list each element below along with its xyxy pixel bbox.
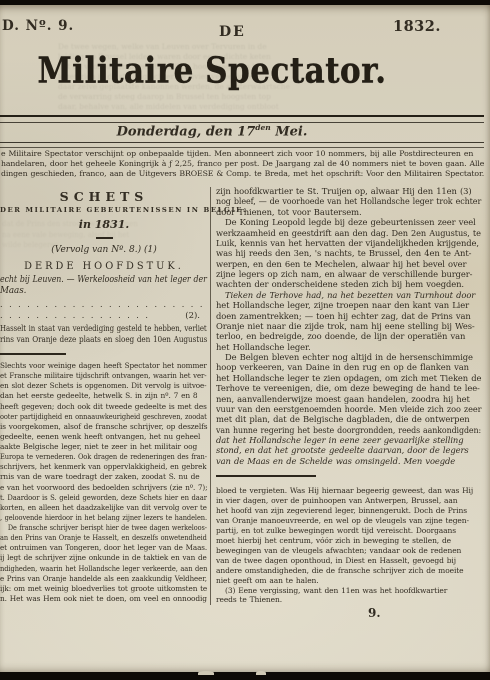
text-line: echt bij Leuven. — Werkeloosheid van het… [0,275,185,286]
text-line: rins van Oranje deze plaats en sloeg den… [0,334,182,345]
text-line: in vier dagen, over de puinhoopen van An… [216,496,481,506]
text-line: door Thienen, tot voor Bautersem. [216,207,481,217]
text-line: van de Maas en de Schelde was omsingeld.… [216,456,481,466]
text-line: hoop verkeeren, van Daine in den rug en … [216,362,481,372]
text-line: dan het eerste gedeelte, hetwelk S. in z… [0,391,207,401]
scan-edge-bottom [0,672,490,680]
text-line: van Oranje manoeuvreerde, en wel op de v… [216,516,481,526]
text-line: Europa te vernederen. Ook dragen de rede… [0,452,186,462]
article-heading: SCHETS [0,189,208,204]
text-line: het hoofd van zijn zegevierend leger, bi… [216,506,481,516]
text-line: zijn hoofdkwartier te St. Truijen op, al… [216,186,481,196]
text-line: bewegingen van de vleugels afwachten; va… [216,546,481,556]
text-line: Slechts voor weinige dagen heeft Spectat… [0,361,203,371]
footnote-reference: (2). [185,311,200,321]
text-line: bloed te vergieten. Was Hij hiernaar beg… [216,486,481,496]
text-line: , geloovende hierdoor in het belang zijn… [0,513,186,523]
text-line: ijk: om met weinig bloedverlies tot groo… [0,584,204,594]
text-line: met dit plan, dat de Belgische dagbladen… [216,414,481,424]
text-line: zijne legers op zich nam, en alwaar de v… [216,269,481,279]
text-line: vuur van den eerstgenoemden hoorde. Men … [216,404,475,414]
text-line: Luik, kennis van het hervatten der vijan… [216,238,481,248]
text-line: nog bleef, — de voorhoede van het Hollan… [216,196,470,206]
text-line: n. Het was Hem ook niet te doen, om veel… [0,594,207,604]
text-line: het Hollandsche leger, zijne troepen naa… [216,300,481,310]
date-line-month: Mei. [271,124,308,139]
text-line: en slot dezer Schets is opgenomen. Dit v… [0,381,201,391]
date-ordinal-superscript: den [255,123,270,132]
page-number: 9. [368,606,381,620]
paper-edge-notch [256,671,266,675]
newspaper-scan-page: De twee wegen, welke van Leuven over Ter… [0,0,490,680]
chapter-subtitle: echt bij Leuven. — Werkeloosheid van het… [0,275,207,297]
right-column-body: zijn hoofdkwartier te St. Truijen op, al… [216,186,481,466]
text-line: werkzaamheid en geestdrift aan den dag. … [216,228,476,238]
masthead-title: Militaire Spectator. [2,50,422,92]
text-line: dingen geschieden, franco, aan de Uitgev… [1,169,483,179]
text-line: t. Daardoor is S. geleid geworden, deze … [0,493,191,503]
text-line: Tieken de Terhove had, na het bezetten v… [216,290,481,300]
heading-separator-rule [96,237,113,239]
dateline-rule [0,142,484,148]
text-line: van de twee dagen oponthoud, in Diest en… [216,556,481,566]
issue-number: D. Nº. 9. [2,18,74,34]
right-column-footnote: bloed te vergieten. Was Hij hiernaar beg… [216,486,481,605]
text-line: (3) Eene vergissing, want den 11en was h… [216,586,481,596]
article-year-line: in 1831. [0,218,208,231]
text-line: e van het voorwoord des bedoelden schrij… [0,483,201,493]
text-line: Maas. [0,286,207,297]
text-line: korten, en alleen het daadzakelijke van … [0,503,197,513]
text-line: de verwarring steeg daarop in Brussel te… [58,92,482,102]
paper-background: De twee wegen, welke van Leuven over Ter… [0,5,490,673]
text-line: e Prins van Oranje handelde als een zaak… [0,574,197,584]
text-line: reeds te Thienen. [216,595,481,605]
text-line: et Fransche militaire tijdschrift ontvan… [0,371,195,381]
text-line: De fransche schrijver berispt hier de tw… [0,523,182,533]
text-line: De Koning Leopold legde bij deze gebeurt… [216,217,481,227]
column-divider-rule [210,187,211,605]
year-label: 1832. [393,18,441,35]
omission-dots: . . . . . . . . . . . . . . . . . [0,311,158,321]
omission-dots-row: . . . . . . . . . . . . . . . . . . . . … [0,300,207,309]
text-line: ooter partijdigheid en onnaauwkeurigheid… [0,412,185,422]
text-line: et ontruimen van Tongeren, door het lege… [0,543,202,553]
text-line: Terhove te vereenigen, die, om deze bewe… [216,383,481,393]
text-line: het Hollandsche leger. [216,342,481,352]
text-line: daar, behalve van, alle middelen van ver… [58,102,482,112]
left-column-footnote: Slechts voor weinige dagen heeft Spectat… [0,361,207,604]
chapter-heading: DERDE HOOFDSTUK. [0,261,208,272]
text-line: handelaren, door het geheele Koningrijk … [1,159,481,169]
date-line: Donderdag, den 17den Mei. [2,123,422,139]
text-line: e Militaire Spectator verschijnt op onbe… [1,149,484,159]
text-line: aakte Belgische leger, niet te zeer in h… [0,442,207,452]
text-line: ij legt de schrijver zijne onkunde in de… [0,553,202,563]
text-line: schrijvers, het kenmerk van oppervlakkig… [0,462,201,472]
text-line: an den Prins van Oranje te Hasselt, en d… [0,533,185,543]
left-column-body: Hasselt in staat van verdediging gesteld… [0,323,207,344]
right-footnote-rule [216,475,316,477]
masthead-article-word: DE [219,24,246,40]
text-line: ndigheden, waarin het Hollandsche leger … [0,564,188,574]
text-line: was hij reeds den 3en, 's nachts, te Bru… [216,248,481,258]
paper-edge-notch [198,671,214,675]
text-line: van hunne regering het beste doorgrondde… [216,425,466,435]
text-line: niet geeft om aan te halen. [216,576,481,586]
masthead-rule [0,115,484,123]
continuation-note: (Vervolg van Nº. 8.) (1) [0,245,208,255]
text-line: het Hollandsche leger te zien opdagen, o… [216,373,481,383]
omission-dots-row-2: . . . . . . . . . . . . . . . . . (2). [0,311,200,321]
text-line: terloo, en bedreigde, zoo doende, de lij… [216,331,481,341]
text-line: wachten der onderscheidene steden zich b… [216,279,481,289]
text-line: werpen, en den 6en te Mechelen, alwaar h… [216,259,481,269]
text-line: doen zamentrekken; — toen hij echter zag… [216,311,481,321]
text-line: heeft gegeven; doch ook dit tweede gedee… [0,402,205,412]
text-line: dat het Hollandsche leger in eene zeer g… [216,435,481,445]
text-line: Hasselt in staat van verdediging gesteld… [0,323,174,334]
text-line: partij, en tot zulke bewegingen wordt ti… [216,526,481,536]
text-line: moet hierbij het centrum, vóór zich in b… [216,536,481,546]
text-line: De Belgen bleven echter nog altijd in de… [216,352,481,362]
text-line: stond, en dat het grootste gedeelte daar… [216,445,481,455]
text-line: rnis van de ware toedragt der zaken, zoo… [0,472,207,482]
imprint-block: e Militaire Spectator verschijnt op onbe… [1,149,484,179]
text-line: nen, aanvallenderwijze moest gaan handel… [216,394,481,404]
article-subheading: DER MILITAIRE GEBEURTENISSEN IN BELGIE. [0,206,208,214]
text-line: gedeelte, eenen wenk heeft ontvangen, he… [0,432,207,442]
scan-edge-top [0,0,490,5]
text-line: is voorgekomen, alsof de fransche schrij… [0,422,207,432]
text-line: andere omstandigheden, die de fransche s… [216,566,481,576]
date-line-text: Donderdag, den 17 [117,124,256,139]
text-line: Oranje niet naar die zijde trok, nam hij… [216,321,481,331]
left-footnote-rule [0,353,66,355]
